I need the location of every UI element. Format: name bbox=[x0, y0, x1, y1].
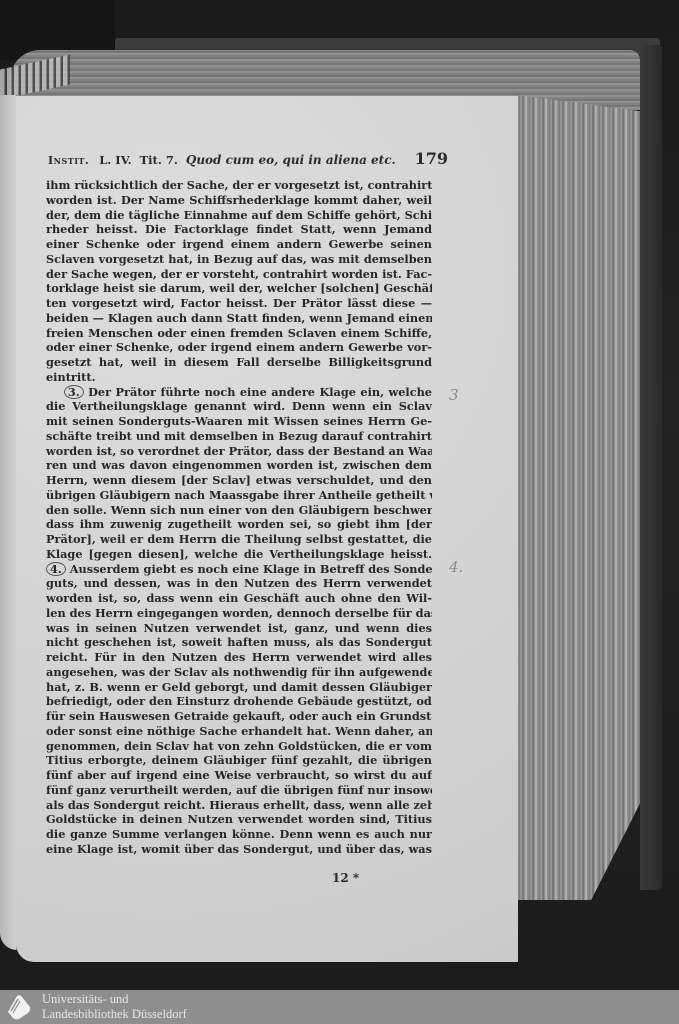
paragraph-4-first-line: 4. Ausserdem giebt es noch eine Klage in… bbox=[46, 562, 432, 577]
text-line: nicht geschehen ist, soweit haften muss,… bbox=[46, 635, 432, 650]
text-line: eintritt. bbox=[46, 370, 432, 385]
text-line: worden ist, so verordnet der Prätor, das… bbox=[46, 444, 432, 459]
text-line: Titius erborgte, deinem Gläubiger fünf g… bbox=[46, 753, 432, 768]
text-line: reicht. Für in den Nutzen des Herrn verw… bbox=[46, 650, 432, 665]
text-line: als das Sondergut reicht. Hieraus erhell… bbox=[46, 798, 432, 813]
margin-note-3: 3 bbox=[449, 386, 459, 404]
page-body-text: ihm rücksichtlich der Sache, der er vorg… bbox=[46, 178, 432, 857]
header-instit: Instit. bbox=[48, 154, 89, 167]
ulb-book-logo-icon bbox=[4, 992, 34, 1022]
text-line: hat, z. B. wenn er Geld geborgt, und dam… bbox=[46, 680, 432, 695]
text-line: worden ist, so, dass wenn ein Geschäft a… bbox=[46, 591, 432, 606]
text-line: die ganze Summe verlangen könne. Denn we… bbox=[46, 827, 432, 842]
text-line: Klage [gegen diesen], welche die Verthei… bbox=[46, 547, 432, 562]
text-line: der Sache wegen, der er vorsteht, contra… bbox=[46, 267, 432, 282]
signature-mark: 12 * bbox=[332, 871, 359, 885]
text-line: mit seinen Sonderguts-Waaren mit Wissen … bbox=[46, 414, 432, 429]
text-line: guts, und dessen, was in den Nutzen des … bbox=[46, 576, 432, 591]
text-line: eine Klage ist, womit über das Sondergut… bbox=[46, 842, 432, 857]
text-line: freien Menschen oder einen fremden Sclav… bbox=[46, 326, 432, 341]
text-line: der, dem die tägliche Einnahme auf dem S… bbox=[46, 208, 432, 223]
text-line: oder einer Schenke, oder irgend einem an… bbox=[46, 340, 432, 355]
text-line: die Vertheilungsklage genannt wird. Denn… bbox=[46, 399, 432, 414]
text-line: fünf ganz verurtheilt werden, auf die üb… bbox=[46, 783, 432, 798]
book-page: Instit. L. IV. Tit. 7. Quod cum eo, qui … bbox=[16, 96, 518, 962]
paragraph-3-first-line: 3. Der Prätor führte noch eine andere Kl… bbox=[46, 385, 432, 400]
book-cover-right bbox=[640, 45, 662, 890]
page-number: 179 bbox=[415, 149, 448, 168]
text-line: ten vorgesetzt wird, Factor heisst. Der … bbox=[46, 296, 432, 311]
text-line: worden ist. Der Name Schiffsrhederklage … bbox=[46, 193, 432, 208]
text-line: für sein Hauswesen Getraide gekauft, ode… bbox=[46, 709, 432, 724]
text-line: Prätor], weil er dem Herrn die Theilung … bbox=[46, 532, 432, 547]
header-liber: L. IV. bbox=[99, 153, 131, 167]
text-line: torklage heist sie darum, weil der, welc… bbox=[46, 281, 432, 296]
footer-line-1: Universitäts- und bbox=[42, 992, 187, 1007]
text-line: einer Schenke oder irgend einem andern G… bbox=[46, 237, 432, 252]
text-line: schäfte treibt und mit demselben in Bezu… bbox=[46, 429, 432, 444]
paragraph-number-4: 4. bbox=[46, 562, 66, 576]
text-line: genommen, dein Sclav hat von zehn Goldst… bbox=[46, 739, 432, 754]
text-line: beiden — Klagen auch dann Statt finden, … bbox=[46, 311, 432, 326]
facing-page-edge bbox=[0, 95, 17, 950]
text-line: angesehen, was der Sclav als nothwendig … bbox=[46, 665, 432, 680]
text-line: gesetzt hat, weil in diesem Fall derselb… bbox=[46, 355, 432, 370]
text-line: befriedigt, oder den Einsturz drohende G… bbox=[46, 694, 432, 709]
text-line: len des Herrn eingegangen worden, dennoc… bbox=[46, 606, 432, 621]
header-titulus: Tit. 7. bbox=[140, 153, 178, 167]
text-line: Goldstücke in deinen Nutzen verwendet wo… bbox=[46, 812, 432, 827]
text-line: ihm rücksichtlich der Sache, der er vorg… bbox=[46, 178, 432, 193]
text-line: Herrn, wenn diesem [der Sclav] etwas ver… bbox=[46, 473, 432, 488]
paragraph-number-3: 3. bbox=[64, 385, 84, 399]
text-line: oder sonst eine nöthige Sache erhandelt … bbox=[46, 724, 432, 739]
text-line: rheder heisst. Die Factorklage findet St… bbox=[46, 222, 432, 237]
footer-line-2: Landesbibliothek Düsseldorf bbox=[42, 1007, 187, 1022]
text-line: fünf aber auf irgend eine Weise verbrauc… bbox=[46, 768, 432, 783]
margin-note-4: 4. bbox=[449, 558, 463, 576]
text-fragment: Der Prätor führte noch eine andere Klage… bbox=[88, 385, 432, 399]
running-header: Instit. L. IV. Tit. 7. Quod cum eo, qui … bbox=[48, 149, 448, 169]
book-fore-edge bbox=[518, 95, 640, 900]
text-line: was in seinen Nutzen verwendet ist, ganz… bbox=[46, 621, 432, 636]
text-line: ren und was davon eingenommen worden ist… bbox=[46, 458, 432, 473]
library-footer-banner: Universitäts- und Landesbibliothek Düsse… bbox=[0, 990, 679, 1024]
text-line: dass ihm zuwenig zugetheilt worden sei, … bbox=[46, 517, 432, 532]
header-running-title: Quod cum eo, qui in aliena etc. bbox=[186, 153, 415, 167]
text-line: den solle. Wenn sich nun einer von den G… bbox=[46, 503, 432, 518]
text-line: Sclaven vorgesetzt hat, in Bezug auf das… bbox=[46, 252, 432, 267]
text-fragment: Ausserdem giebt es noch eine Klage in Be… bbox=[70, 562, 432, 576]
text-line: übrigen Gläubigern nach Maassgabe ihrer … bbox=[46, 488, 432, 503]
